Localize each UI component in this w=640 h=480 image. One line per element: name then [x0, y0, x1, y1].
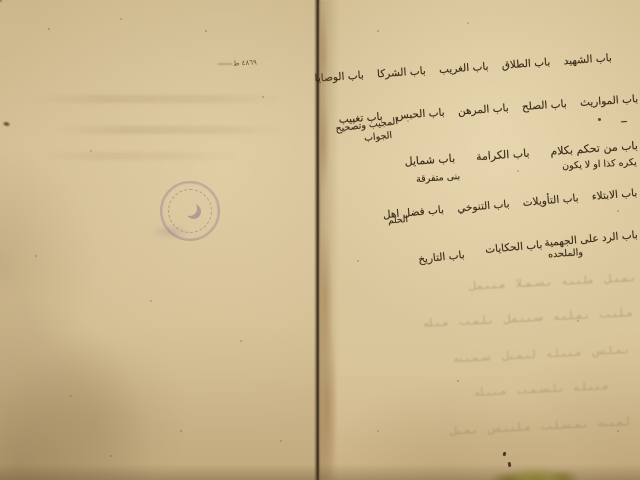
chapter-line: باب الابتلاء باب التأويلات باب التنوخي ب… — [382, 187, 637, 221]
chapter-note: بنى متفرقة — [416, 171, 461, 185]
stamp-smear — [150, 225, 190, 239]
bleedthrough-line: ىـمـلـس مـٮـىـلـه لـىـمـٮل سـمـىـٮه — [453, 343, 629, 365]
margin-dot — [598, 118, 601, 121]
right-page: باب الشهيد باب الطلاق باب الغريب باب الش… — [317, 0, 640, 480]
foxing-specks — [0, 0, 2, 2]
bleedthrough-smear — [30, 95, 285, 103]
bleedthrough-line: مـىـٮـلـه ىـلـسـمـٮ مـٮـىـله — [474, 379, 609, 399]
chapter-line: باب التاريخ — [418, 249, 466, 266]
chapter-note: الجواب — [363, 130, 392, 144]
bleedthrough-line: لـمـىـٮه ىـمـسـلـٮ مـلـىـٮـس ىـمـٮل — [449, 415, 630, 437]
ink-speck — [502, 452, 506, 457]
bleedthrough-line: ٮـمـىـل ملـىـٮـه ىـسـمـلا مـىـٮـمل — [468, 271, 635, 293]
margin-dash: ــ — [621, 114, 627, 125]
manuscript-photo: ٤٨٦٩ ط باب الشهيد باب الطلاق باب الغريب … — [0, 0, 640, 480]
bleedthrough-line: مـلـىـٮ ٮـمـلـىـه سـٮـىـمل ىـلـمـٮ مـىـل… — [423, 306, 633, 330]
chapter-note: يكره كذا او لا يكون — [562, 157, 637, 172]
bottom-shadow — [0, 464, 640, 480]
faint-pen-mark — [218, 63, 232, 65]
bleedthrough-smear — [40, 152, 240, 160]
chapter-note: الحلم — [388, 215, 409, 226]
bleedthrough-smear — [55, 126, 285, 134]
crescent-icon — [182, 201, 197, 216]
shelf-mark: ٤٨٦٩ ط — [233, 58, 257, 67]
edge-ink-mark — [1, 120, 11, 128]
gutter-water-stain — [320, 0, 354, 480]
chapter-note: والملحده — [548, 247, 584, 260]
chapter-line: باب الرد على الجهمية — [544, 229, 638, 249]
chapter-line: باب الحكايات — [484, 239, 542, 256]
left-page: ٤٨٦٩ ط — [0, 0, 317, 480]
chapter-line: باب الشهيد باب الطلاق باب الغريب باب الش… — [315, 52, 613, 85]
